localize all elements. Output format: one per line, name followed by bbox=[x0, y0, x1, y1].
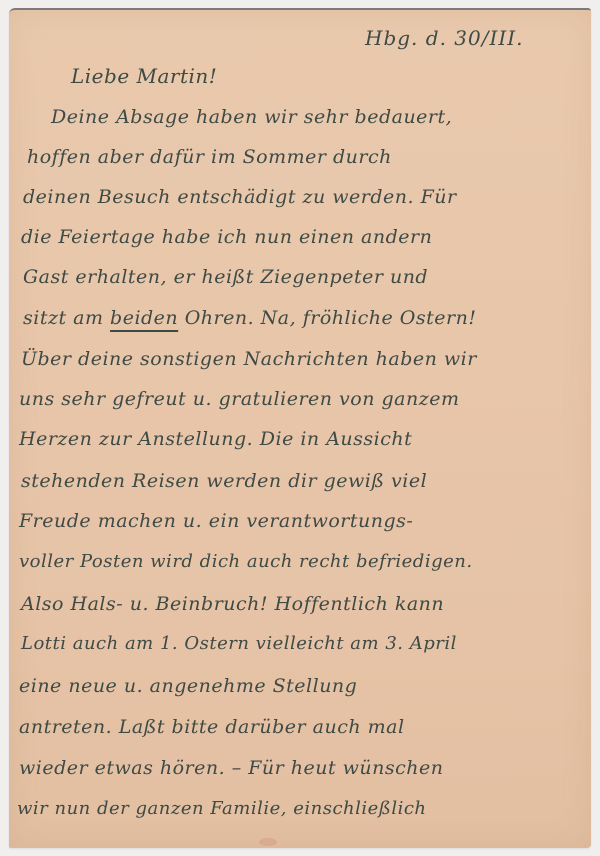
letter-line: Also Hals- u. Beinbruch! Hoffentlich kan… bbox=[21, 593, 444, 615]
paper-stain bbox=[259, 838, 277, 846]
letter-line: Gast erhalten, er heißt Ziegenpeter und bbox=[23, 266, 428, 288]
letter-line: Freude machen u. ein verantwortungs- bbox=[19, 510, 413, 532]
letter-line: eine neue u. angenehme Stellung bbox=[19, 675, 357, 697]
letter-line: Deine Absage haben wir sehr bedauert, bbox=[51, 106, 452, 128]
letter-line: deinen Besuch entschädigt zu werden. Für bbox=[23, 186, 457, 208]
letter-date: Hbg. d. 30/III. bbox=[365, 26, 524, 50]
letter-line: wieder etwas hören. – Für heut wünschen bbox=[19, 757, 444, 779]
line-suffix: Ohren. Na, fröhliche Ostern! bbox=[178, 307, 476, 329]
letter-line: Lotti auch am 1. Ostern vielleicht am 3.… bbox=[21, 633, 457, 654]
letter-line: Über deine sonstigen Nachrichten haben w… bbox=[21, 348, 477, 370]
letter-line-underlined: sitzt am beiden Ohren. Na, fröhliche Ost… bbox=[23, 307, 476, 329]
letter-line: wir nun der ganzen Familie, einschließli… bbox=[17, 798, 427, 819]
letter-line: uns sehr gefreut u. gratulieren von ganz… bbox=[19, 388, 460, 410]
letter-line: hoffen aber dafür im Sommer durch bbox=[27, 146, 392, 168]
letter-line: Herzen zur Anstellung. Die in Aussicht bbox=[19, 428, 412, 450]
salutation: Liebe Martin! bbox=[71, 64, 217, 88]
letter-line: antreten. Laßt bitte darüber auch mal bbox=[19, 716, 405, 738]
underlined-word: beiden bbox=[110, 307, 178, 329]
line-prefix: sitzt am bbox=[23, 307, 110, 329]
letter-line: voller Posten wird dich auch recht befri… bbox=[19, 551, 473, 572]
letter-line: stehenden Reisen werden dir gewiß viel bbox=[21, 470, 427, 492]
letter-line: die Feiertage habe ich nun einen andern bbox=[21, 226, 432, 248]
postcard: Hbg. d. 30/III. Liebe Martin! Deine Absa… bbox=[9, 8, 591, 848]
